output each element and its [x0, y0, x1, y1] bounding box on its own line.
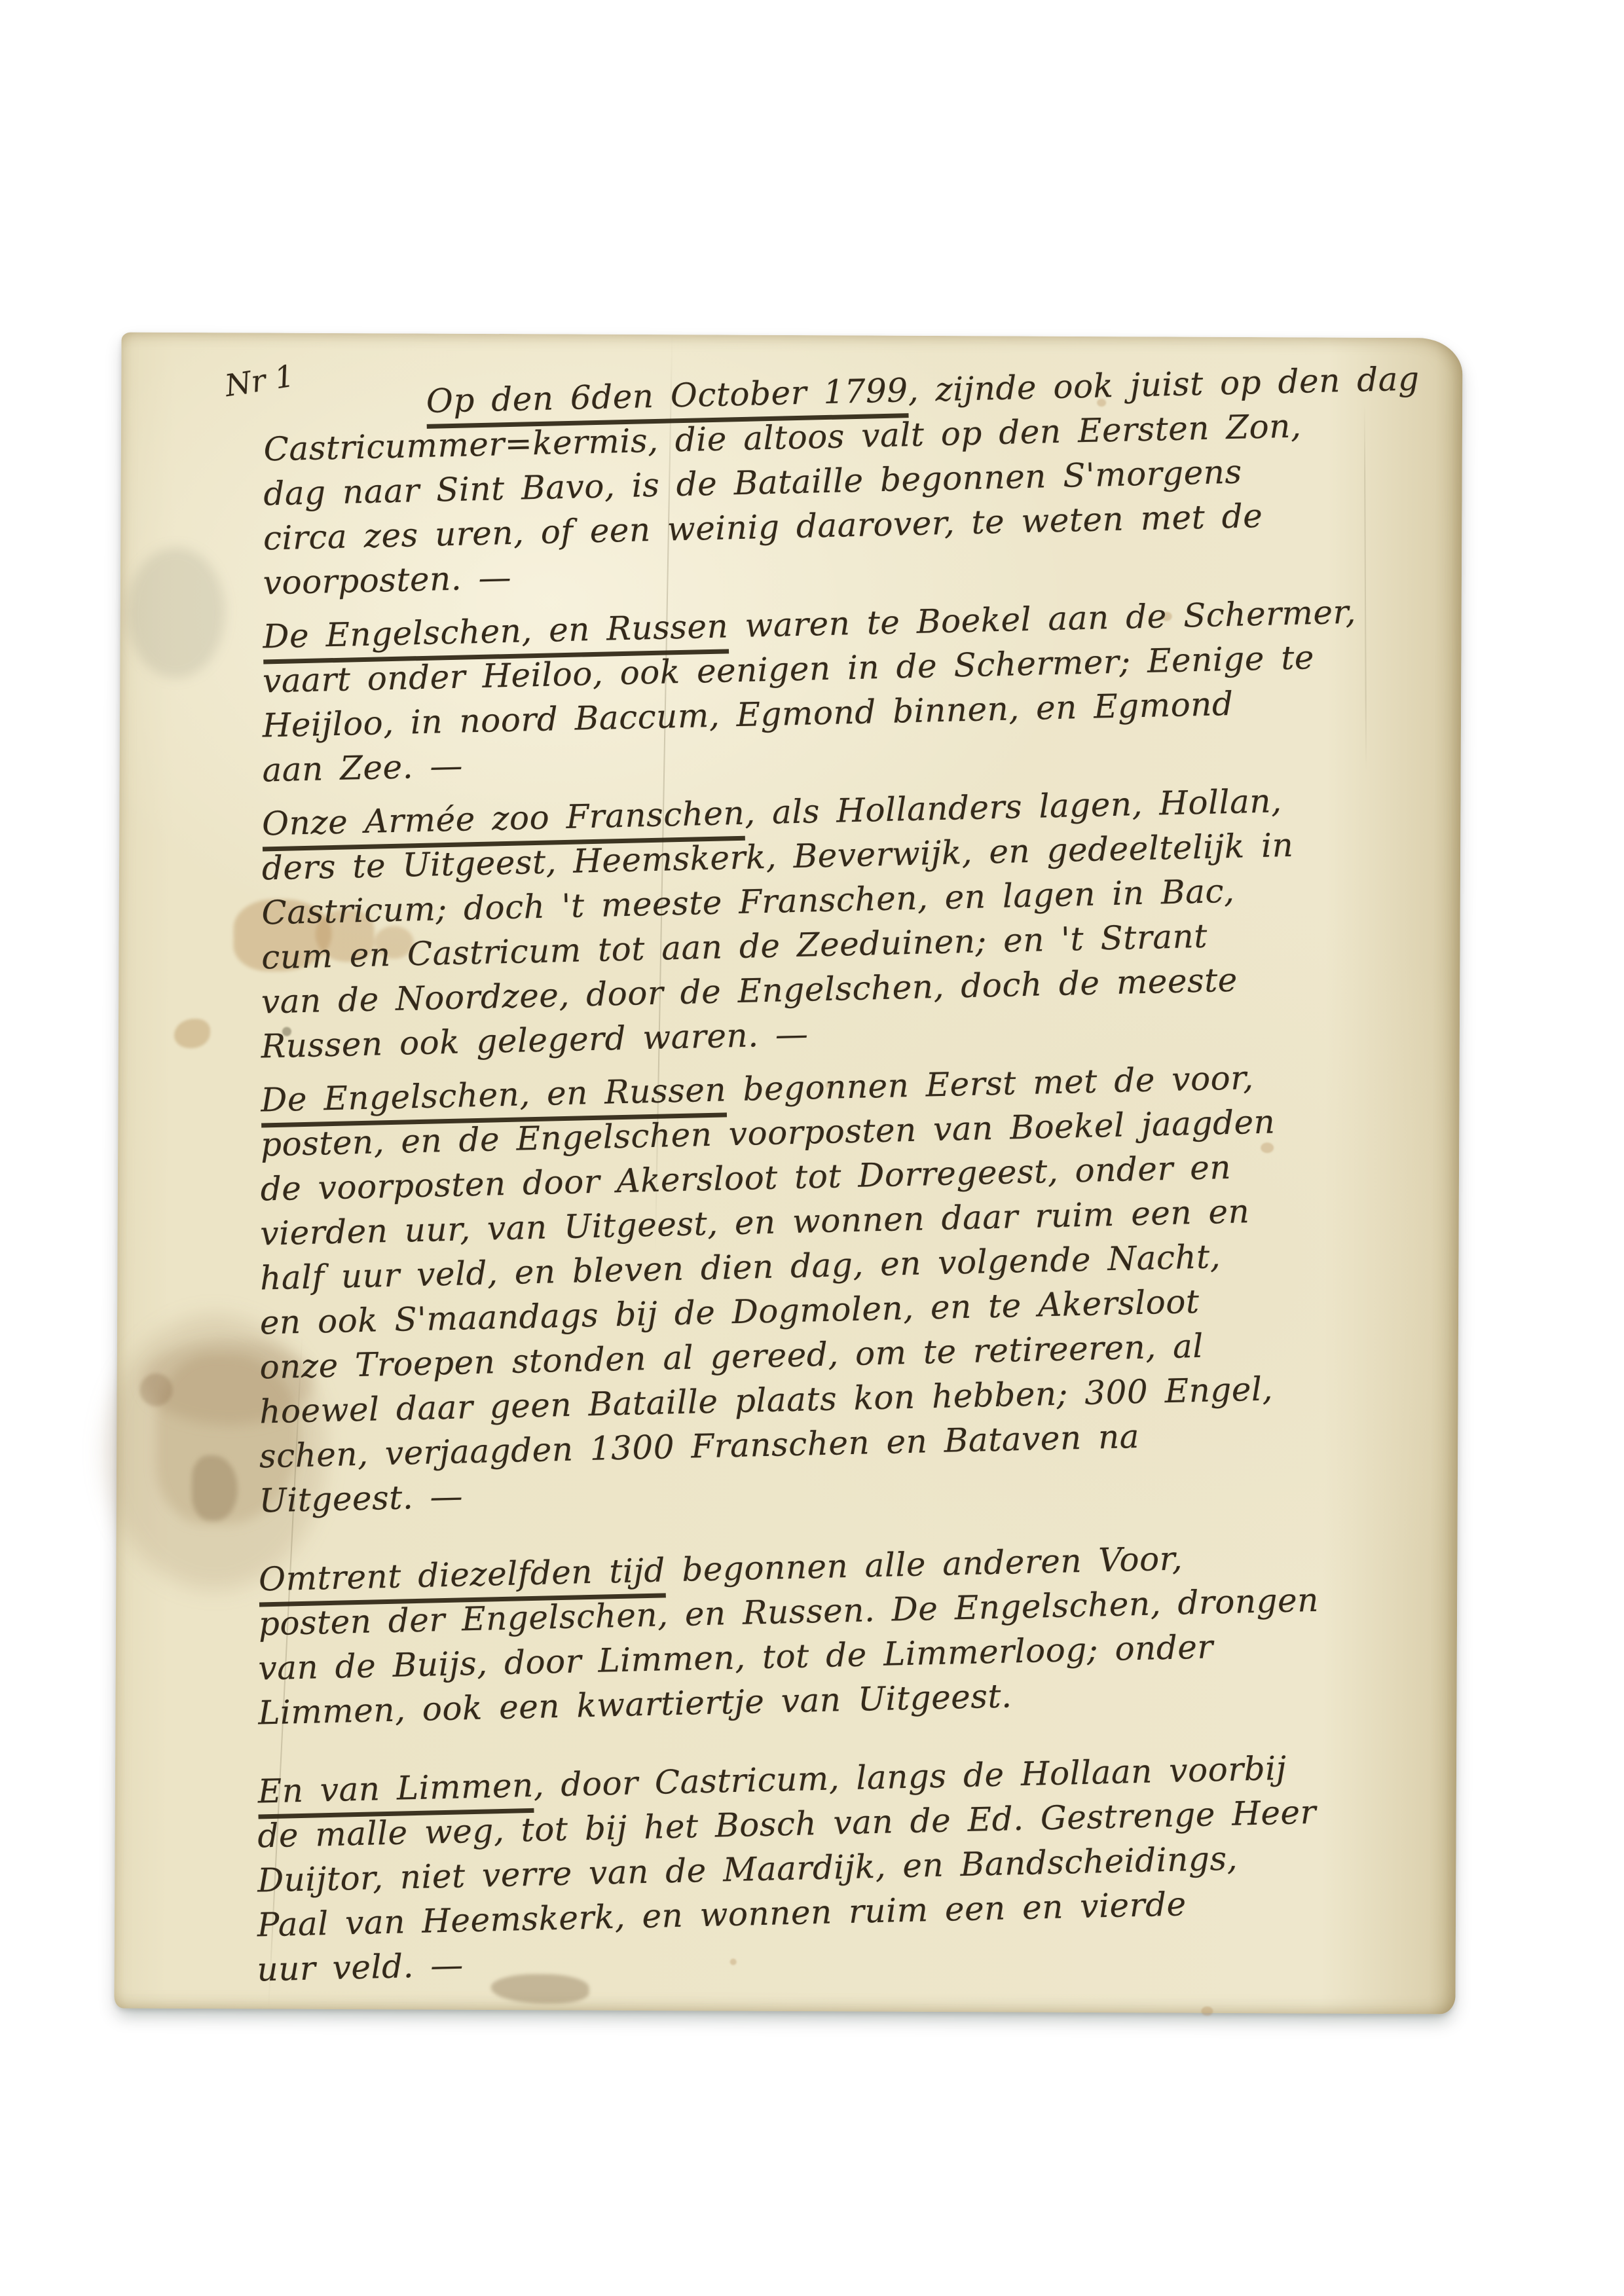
paragraph: En van Limmen, door Castricum, langs de … [257, 1769, 1430, 1997]
text-block: Op den 6den October 1799, zijnde ook jui… [114, 333, 1462, 2014]
paragraph: De Engelschen, en Russen waren te Boekel… [263, 614, 1435, 797]
manuscript-page: Nr 1 Op den 6den October 1799, zijnde oo… [114, 333, 1462, 2014]
paragraph: Omtrent diezelfden tijd begonnen alle an… [258, 1557, 1431, 1740]
paragraph: Onze Armée zoo Franschen, als Hollanders… [261, 801, 1435, 1074]
scan-background: Nr 1 Op den 6den October 1799, zijnde oo… [0, 0, 1624, 2296]
paragraph: De Engelschen, en Russen begonnen Eerst … [259, 1078, 1433, 1528]
paragraph: Op den 6den October 1799, zijnde ook jui… [263, 382, 1436, 610]
